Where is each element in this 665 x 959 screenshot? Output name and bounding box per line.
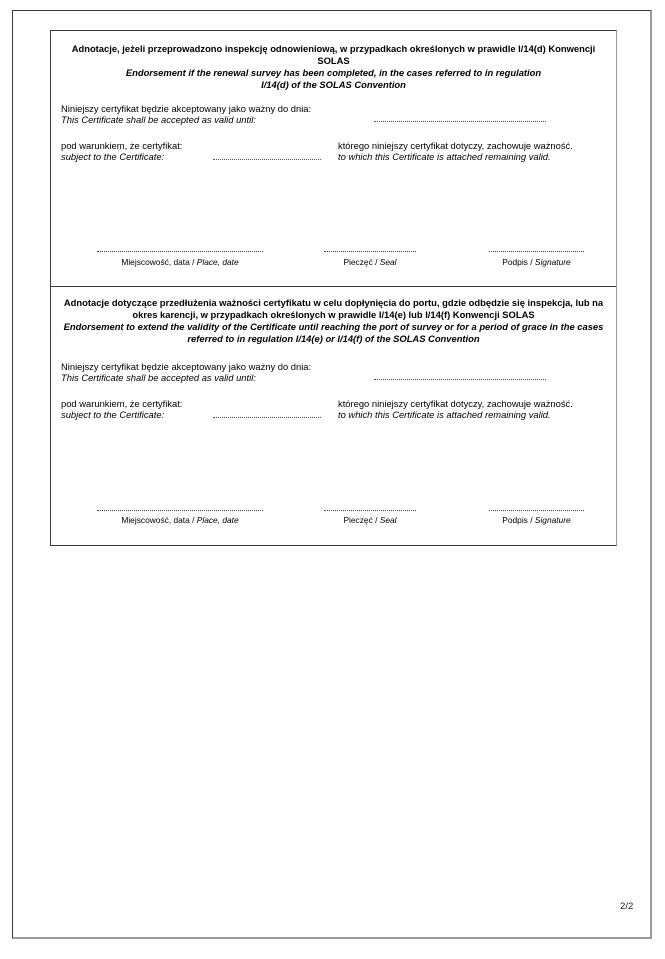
section-title-en: Endorsement to extend the validity of th… [51, 321, 616, 344]
place-date-field[interactable] [97, 510, 263, 511]
seal-field[interactable] [324, 510, 416, 511]
subject-label-en: subject to the Certificate: [61, 409, 164, 420]
place-date-field[interactable] [97, 251, 263, 252]
remaining-valid-text-en: to which this Certificate is attached re… [338, 151, 551, 162]
subject-label-pl: pod warunkiem, że certyfikat: [61, 398, 182, 409]
place-date-label: Miejscowość, data / Place, date [97, 515, 263, 525]
section-title-pl: Adnotacje dotyczące przedłużenia ważnośc… [51, 297, 616, 320]
section-title-pl: Adnotacje, jeżeli przeprowadzono inspekc… [51, 43, 616, 66]
extension-endorsement-section: Adnotacje dotyczące przedłużenia ważnośc… [51, 286, 616, 546]
signature-label: Podpis / Signature [489, 257, 584, 267]
endorsement-box: Adnotacje, jeżeli przeprowadzono inspekc… [50, 30, 617, 546]
place-date-label: Miejscowość, data / Place, date [97, 257, 263, 267]
seal-label: Pieczęć / Seal [324, 257, 416, 267]
page-number: 2/2 [620, 901, 633, 912]
subject-certificate-field[interactable] [213, 417, 321, 418]
signature-field[interactable] [489, 251, 584, 252]
subject-label-en: subject to the Certificate: [61, 151, 164, 162]
seal-label: Pieczęć / Seal [324, 515, 416, 525]
valid-until-label-pl: Niniejszy certyfikat będzie akceptowany … [61, 103, 311, 114]
remaining-valid-text-pl: którego niniejszy certyfikat dotyczy, za… [338, 398, 573, 409]
section-title-en: Endorsement if the renewal survey has be… [51, 67, 616, 90]
remaining-valid-text-en: to which this Certificate is attached re… [338, 409, 551, 420]
subject-label-pl: pod warunkiem, że certyfikat: [61, 140, 182, 151]
valid-until-label-en: This Certificate shall be accepted as va… [61, 372, 256, 383]
subject-certificate-field[interactable] [213, 159, 321, 160]
valid-until-label-en: This Certificate shall be accepted as va… [61, 114, 256, 125]
seal-field[interactable] [324, 251, 416, 252]
valid-until-label-pl: Niniejszy certyfikat będzie akceptowany … [61, 361, 311, 372]
valid-until-field[interactable] [374, 379, 546, 380]
signature-label: Podpis / Signature [489, 515, 584, 525]
signature-field[interactable] [489, 510, 584, 511]
renewal-survey-endorsement-section: Adnotacje, jeżeli przeprowadzono inspekc… [51, 31, 616, 287]
valid-until-field[interactable] [374, 121, 546, 122]
remaining-valid-text-pl: którego niniejszy certyfikat dotyczy, za… [338, 140, 573, 151]
